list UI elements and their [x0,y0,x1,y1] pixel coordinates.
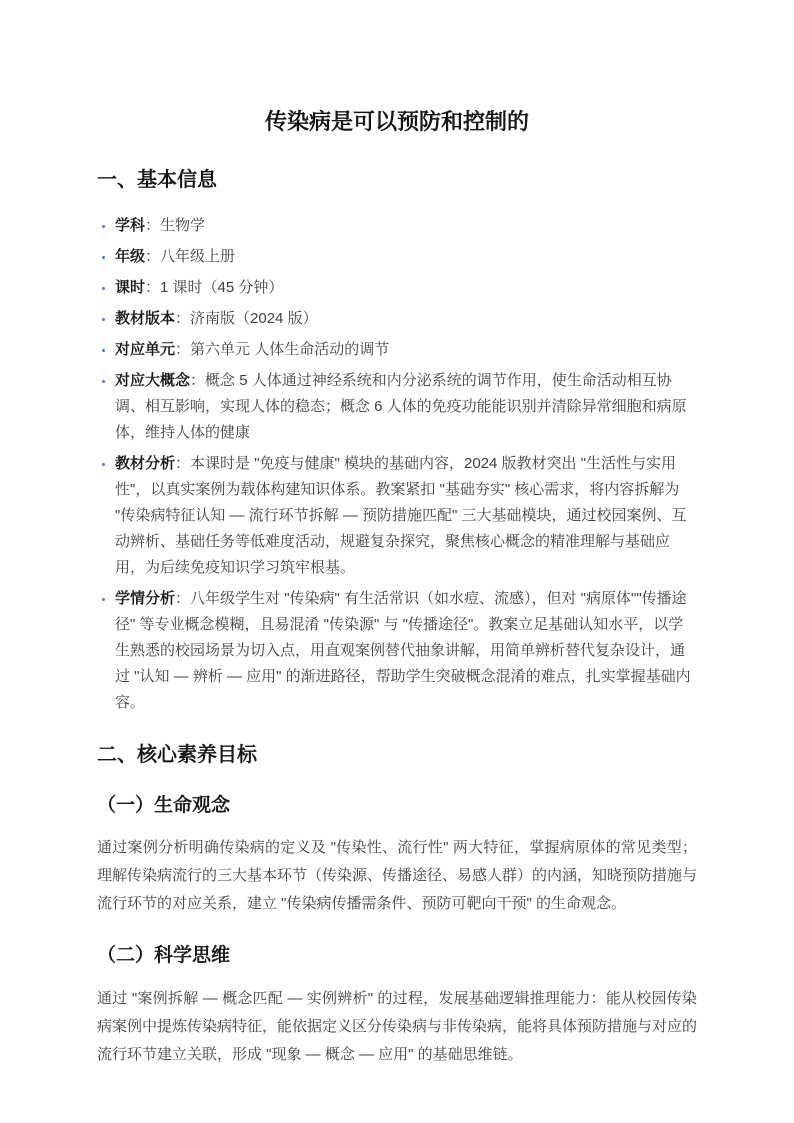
item-colon: ： [175,455,190,472]
paragraph-scientific-thinking: 通过 "案例拆解 — 概念匹配 — 实例辨析" 的过程，发展基础逻辑推理能力：能… [97,985,697,1069]
subsection-heading-life-concept: （一）生命观念 [97,794,697,819]
list-item-learner-analysis: 学情分析：八年级学生对 "传染病" 有生活常识（如水痘、流感），但对 "病原体"… [115,586,697,716]
item-colon: ： [175,341,190,358]
list-item-grade: 年级：八年级上册 [115,244,697,270]
item-colon: ： [175,590,190,607]
item-value: 第六单元 人体生命活动的调节 [190,341,389,358]
item-label: 学情分析 [115,590,175,607]
basic-info-list: 学科：生物学 年级：八年级上册 课时：1 课时（45 分钟） 教材版本：济南版（… [97,213,697,716]
item-label: 对应大概念 [115,372,190,389]
list-item-class-hours: 课时：1 课时（45 分钟） [115,275,697,301]
section-heading-basic-info: 一、基本信息 [97,167,697,193]
item-label: 学科 [115,217,145,234]
list-item-subject: 学科：生物学 [115,213,697,239]
section-heading-core-literacy: 二、核心素养目标 [97,742,697,768]
item-colon: ： [190,372,205,389]
item-value: 八年级上册 [160,248,235,265]
item-label: 教材分析 [115,455,175,472]
item-value: 1 课时（45 分钟） [160,279,283,296]
list-item-textbook-edition: 教材版本：济南版（2024 版） [115,306,697,332]
item-value: 本课时是 "免疫与健康" 模块的基础内容，2024 版教材突出 "生活性与实用性… [115,455,687,576]
list-item-textbook-analysis: 教材分析：本课时是 "免疫与健康" 模块的基础内容，2024 版教材突出 "生活… [115,451,697,581]
item-value: 济南版（2024 版） [190,310,318,327]
item-label: 年级 [115,248,145,265]
list-item-unit: 对应单元：第六单元 人体生命活动的调节 [115,337,697,363]
item-value: 生物学 [160,217,205,234]
item-colon: ： [145,279,160,296]
item-label: 对应单元 [115,341,175,358]
document-page: 传染病是可以预防和控制的 一、基本信息 学科：生物学 年级：八年级上册 课时：1… [0,0,794,1123]
list-item-big-concepts: 对应大概念：概念 5 人体通过神经系统和内分泌系统的调节作用，使生命活动相互协调… [115,368,697,446]
item-label: 教材版本 [115,310,175,327]
document-title: 传染病是可以预防和控制的 [97,108,697,137]
item-colon: ： [175,310,190,327]
paragraph-life-concept: 通过案例分析明确传染病的定义及 "传染性、流行性" 两大特征，掌握病原体的常见类… [97,834,697,918]
subsection-heading-scientific-thinking: （二）科学思维 [97,944,697,969]
item-colon: ： [145,248,160,265]
item-label: 课时 [115,279,145,296]
item-value: 八年级学生对 "传染病" 有生活常识（如水痘、流感），但对 "病原体""传播途径… [115,590,691,711]
item-colon: ： [145,217,160,234]
